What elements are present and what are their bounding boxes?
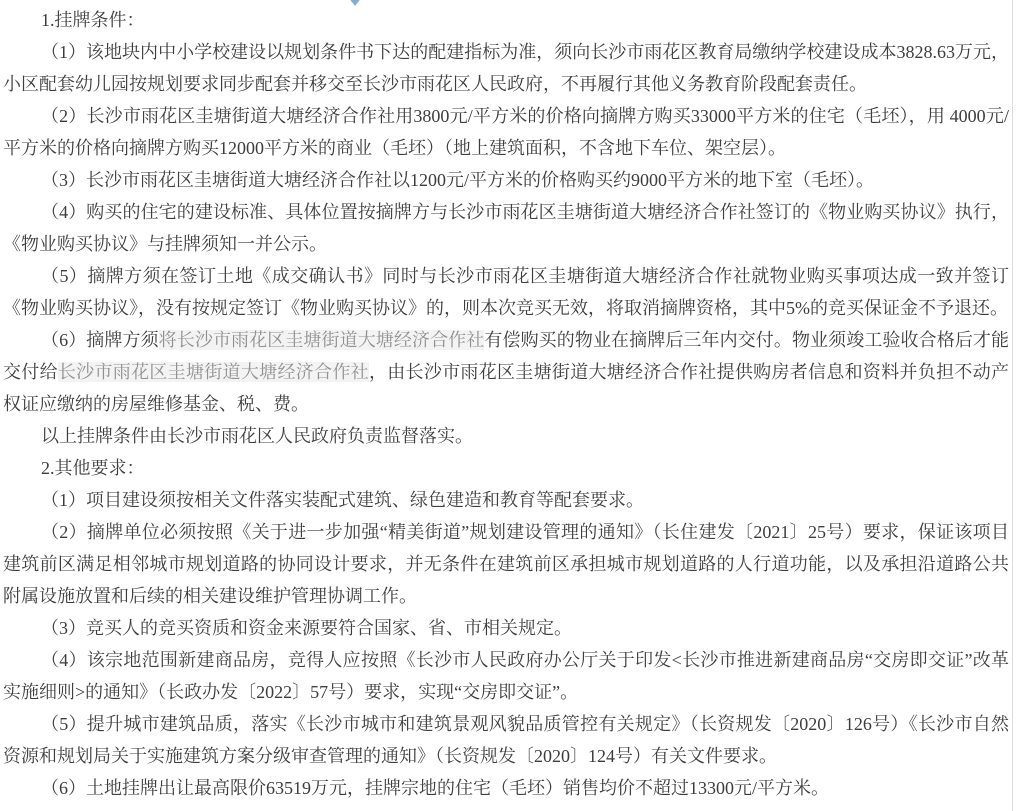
section1-closing-note: 以上挂牌条件由长沙市雨花区人民政府负责监督落实。: [3, 420, 1009, 452]
section2-item-6: （6）土地挂牌出让最高限价63519万元，挂牌宗地的住宅（毛坯）销售均价不超过1…: [3, 772, 1009, 804]
section2-item-1: （1）项目建设须按相关文件落实装配式建筑、绿色建造和教育等配套要求。: [3, 484, 1009, 516]
section1-item-2: （2）长沙市雨花区圭塘街道大塘经济合作社用3800元/平方米的价格向摘牌方购买3…: [3, 100, 1009, 164]
section2-item-5: （5）提升城市建筑品质，落实《长沙市城市和建筑景观风貌品质管控有关规定》（长资规…: [3, 708, 1009, 772]
section2-item-2: （2）摘牌单位必须按照《关于进一步加强“精美街道”规划建设管理的通知》（长住建发…: [3, 516, 1009, 612]
section1-item-3: （3）长沙市雨花区圭塘街道大塘经济合作社以1200元/平方米的价格购买约9000…: [3, 164, 1009, 196]
section1-item-4: （4）购买的住宅的建设标准、具体位置按摘牌方与长沙市雨花区圭塘街道大塘经济合作社…: [3, 196, 1009, 260]
document-body: 1.挂牌条件： （1）该地块内中小学校建设以规划条件书下达的配建指标为准，须向长…: [3, 4, 1009, 804]
section-1-title: 1.挂牌条件：: [3, 4, 1009, 36]
item6-text-pre: （6）摘牌方须: [41, 330, 159, 350]
section2-item-3: （3）竞买人的竞买资质和资金来源要符合国家、省、市相关规定。: [3, 612, 1009, 644]
section1-item-1: （1）该地块内中小学校建设以规划条件书下达的配建指标为准，须向长沙市雨花区教育局…: [3, 36, 1009, 100]
page-right-border: [1012, 0, 1013, 811]
item6-highlighted-phrase-1: 将长沙市雨花区圭塘街道大塘经济合作社: [159, 330, 485, 350]
section-2-title: 2.其他要求：: [3, 452, 1009, 484]
item6-highlighted-phrase-2: 长沙市雨花区圭塘街道大塘经济合作社: [58, 362, 369, 382]
section1-item-6: （6）摘牌方须将长沙市雨花区圭塘街道大塘经济合作社有偿购买的物业在摘牌后三年内交…: [3, 324, 1009, 420]
section1-item-5: （5）摘牌方须在签订土地《成交确认书》同时与长沙市雨花区圭塘街道大塘经济合作社就…: [3, 260, 1009, 324]
section2-item-4: （4）该宗地范围新建商品房，竞得人应按照《长沙市人民政府办公厅关于印发<长沙市推…: [3, 644, 1009, 708]
document-page: 1.挂牌条件： （1）该地块内中小学校建设以规划条件书下达的配建指标为准，须向长…: [0, 0, 1020, 811]
